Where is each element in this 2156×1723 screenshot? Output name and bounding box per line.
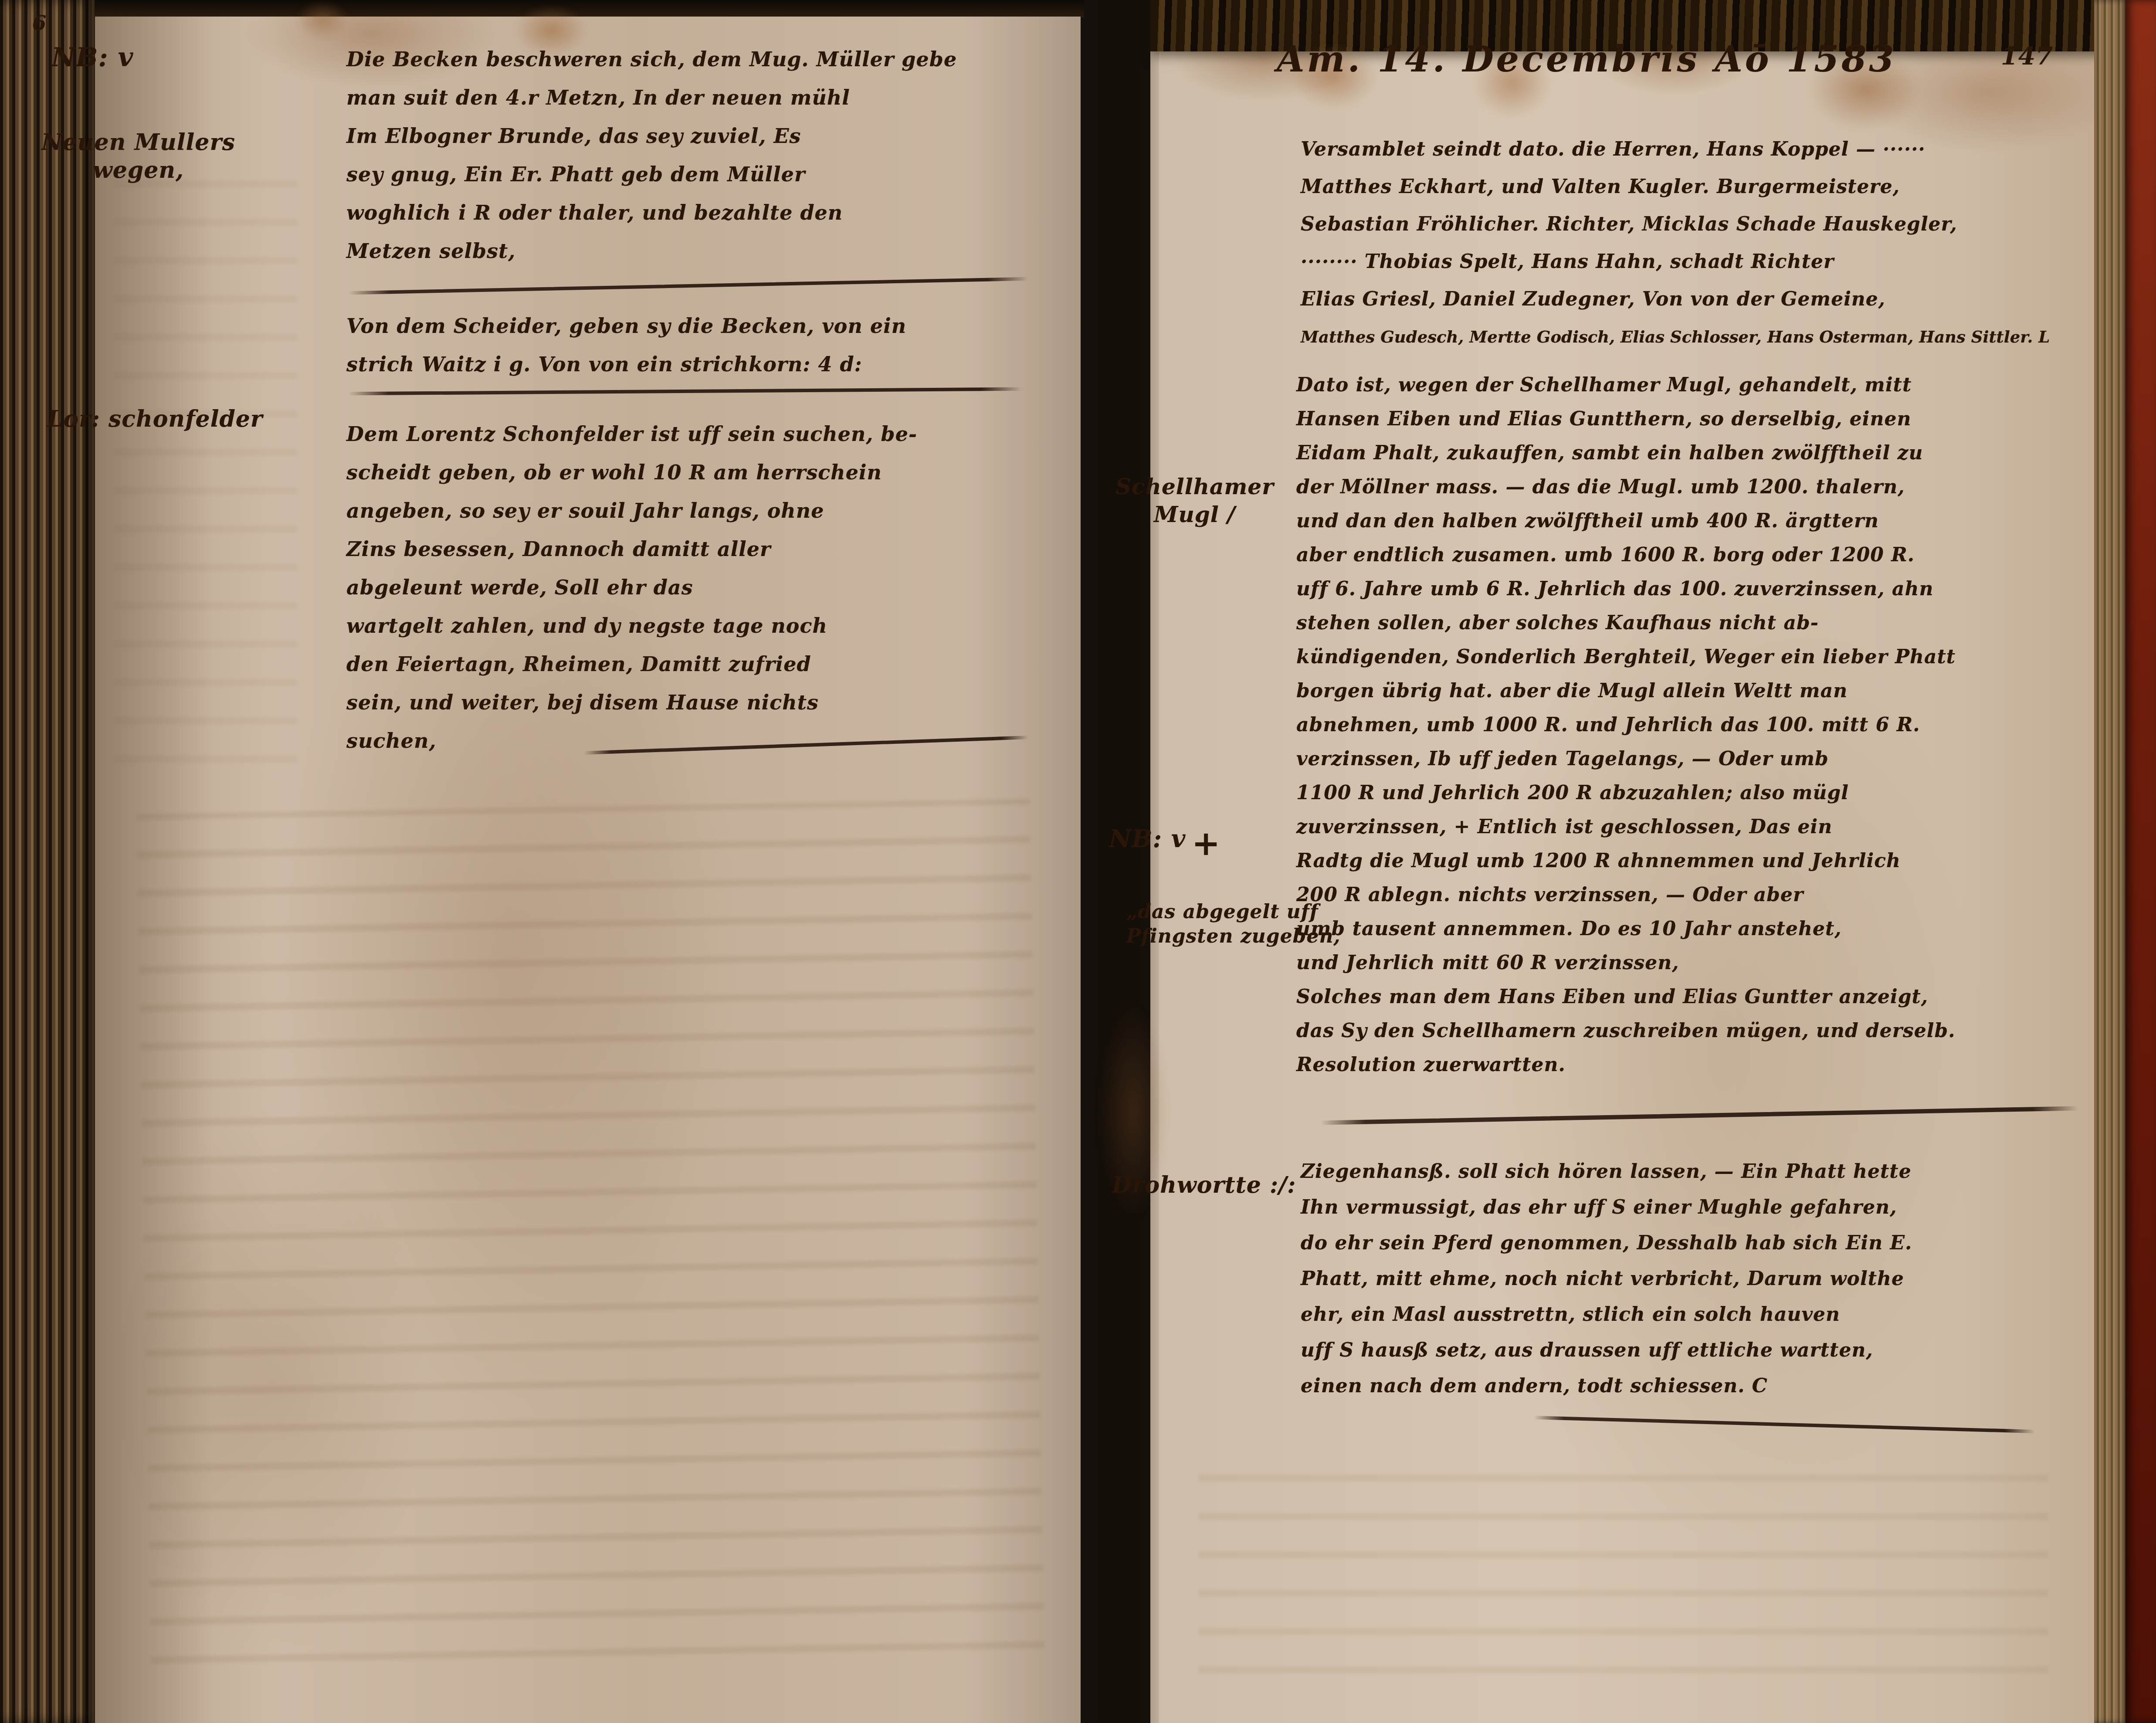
manuscript-line: stehen sollen, aber solches Kaufhaus nic…: [1296, 606, 1956, 640]
manuscript-line: wegen,: [41, 156, 235, 184]
manuscript-line: Sebastian Fröhlicher. Richter, Micklas S…: [1301, 206, 2050, 243]
manuscript-line: strich Waitz i g. Von von ein strichkorn…: [346, 345, 906, 383]
manuscript-line: abnehmen, umb 1000 R. und Jehrlich das 1…: [1296, 708, 1956, 742]
manuscript-line: Eidam Phalt, zukauffen, sambt ein halben…: [1296, 436, 1956, 470]
margin-note-drohwortte: Drohwortte :/:: [1112, 1171, 1296, 1199]
manuscript-line: Pfingsten zugeben,: [1126, 924, 1341, 949]
manuscript-line: woghlich i R oder thaler, und bezahlte d…: [346, 193, 957, 232]
paragraph-assembly: Versamblet seindt dato. die Herren, Hans…: [1301, 131, 2050, 356]
header-date: Am. 14. Decembris Aō 1583: [1277, 38, 1896, 80]
manuscript-line: verzinssen, Ib uff jeden Tagelangs, — Od…: [1296, 742, 1956, 776]
bleedthrough-texture: [136, 798, 1044, 1663]
manuscript-line: 1100 R und Jehrlich 200 R abzuzahlen; al…: [1296, 776, 1956, 810]
paragraph-mill-sale: Dato ist, wegen der Schellhamer Mugl, ge…: [1296, 368, 1956, 1082]
manuscript-line: sey gnug, Ein Er. Phatt geb dem Müller: [346, 155, 957, 193]
manuscript-line: angeben, so sey er souil Jahr langs, ohn…: [346, 492, 917, 530]
margin-note-lor-schonfelder: Lor: schonfelder: [47, 405, 263, 433]
manuscript-photo: 6 NB: v Neuen Mullerswegen, Lor: schonfe…: [0, 0, 2156, 1723]
manuscript-line: abgeleunt werde, Soll ehr das: [346, 568, 917, 607]
margin-cross-mark: +: [1192, 824, 1220, 863]
manuscript-line: und Jehrlich mitt 60 R verzinssen,: [1296, 946, 1956, 980]
margin-note-neuen-mullers: Neuen Mullerswegen,: [41, 129, 235, 184]
manuscript-line: sein, und weiter, bej disem Hause nichts: [346, 683, 917, 722]
manuscript-line: Von dem Scheider, geben sy die Becken, v…: [346, 307, 906, 345]
manuscript-line: Versamblet seindt dato. die Herren, Hans…: [1301, 131, 2050, 168]
book-fore-edge-pages: [2094, 0, 2127, 1723]
book-top-edge-left: [95, 0, 1084, 17]
margin-note-nb-right: NB: v: [1109, 825, 1186, 853]
manuscript-line: der Möllner mass. — das die Mugl. umb 12…: [1296, 470, 1956, 504]
manuscript-line: uff S hausß setz, aus draussen uff ettli…: [1301, 1333, 1912, 1368]
manuscript-line: Dem Lorentz Schonfelder ist uff sein suc…: [346, 415, 917, 453]
manuscript-line: ehr, ein Masl ausstrettn, stlich ein sol…: [1301, 1297, 1912, 1333]
manuscript-line: borgen übrig hat. aber die Mugl allein W…: [1296, 674, 1956, 708]
corner-mark: 6: [32, 11, 47, 35]
manuscript-line: Neuen Mullers: [41, 129, 235, 156]
manuscript-line: zuverzinssen, + Entlich ist geschlossen,…: [1296, 810, 1956, 844]
manuscript-line: Die Becken beschweren sich, dem Mug. Mül…: [346, 40, 957, 78]
paragraph-schonfelder: Dem Lorentz Schonfelder ist uff sein suc…: [346, 415, 917, 760]
manuscript-line: und dan den halben zwölfftheil umb 400 R…: [1296, 504, 1956, 538]
manuscript-line: Mugl /: [1115, 501, 1274, 529]
manuscript-line: Resolution zuerwartten.: [1296, 1048, 1956, 1082]
manuscript-line: Metzen selbst,: [346, 232, 957, 270]
manuscript-line: umb tausent annemmen. Do es 10 Jahr anst…: [1296, 912, 1956, 946]
manuscript-line: den Feiertagn, Rheimen, Damitt zufried: [346, 645, 917, 683]
margin-note-pfingsten: „das abgegelt uffPfingsten zugeben,: [1126, 900, 1341, 949]
manuscript-line: Ihn vermussigt, das ehr uff S einer Mugh…: [1301, 1190, 1912, 1225]
manuscript-line: Dato ist, wegen der Schellhamer Mugl, ge…: [1296, 368, 1956, 402]
bleedthrough-texture: [113, 153, 296, 763]
manuscript-line: Ziegenhansß. soll sich hören lassen, — E…: [1301, 1154, 1912, 1190]
manuscript-line: ········ Thobias Spelt, Hans Hahn, schad…: [1301, 243, 2050, 281]
manuscript-line: Radtg die Mugl umb 1200 R ahnnemmen und …: [1296, 844, 1956, 878]
manuscript-line: suchen,: [346, 722, 917, 760]
manuscript-line: Im Elbogner Brunde, das sey zuviel, Es: [346, 117, 957, 155]
manuscript-line: das Sy den Schellhamern zuschreiben müge…: [1296, 1014, 1956, 1048]
paragraph-threats: Ziegenhansß. soll sich hören lassen, — E…: [1301, 1154, 1912, 1404]
folio-number: 147: [2001, 42, 2053, 71]
manuscript-line: do ehr sein Pferd genommen, Desshalb hab…: [1301, 1225, 1912, 1261]
manuscript-line: Phatt, mitt ehme, noch nicht verbricht, …: [1301, 1261, 1912, 1297]
manuscript-line: Elias Griesl, Daniel Zudegner, Von von d…: [1301, 281, 2050, 318]
manuscript-line: Solches man dem Hans Eiben und Elias Gun…: [1296, 980, 1956, 1014]
margin-note-nb-left: NB: v: [51, 44, 133, 71]
manuscript-line: Hansen Eiben und Elias Guntthern, so der…: [1296, 402, 1956, 436]
manuscript-line: wartgelt zahlen, und dy negste tage noch: [346, 607, 917, 645]
manuscript-line: Zins besessen, Dannoch damitt aller: [346, 530, 917, 568]
book-red-cover-edge: [2125, 0, 2156, 1723]
paragraph-scheider: Von dem Scheider, geben sy die Becken, v…: [346, 307, 906, 383]
manuscript-line: einen nach dem andern, todt schiessen. C: [1301, 1368, 1912, 1404]
book-gutter-shadow: [1081, 0, 1159, 1723]
stain: [296, 0, 349, 39]
book-spine-page-stack: [0, 0, 95, 1723]
manuscript-line: Matthes Gudesch, Mertte Godisch, Elias S…: [1301, 318, 2050, 356]
manuscript-line: kündigenden, Sonderlich Berghteil, Weger…: [1296, 640, 1956, 674]
manuscript-line: man suit den 4.r Metzn, In der neuen müh…: [346, 78, 957, 117]
manuscript-line: „das abgegelt uff: [1126, 900, 1341, 924]
manuscript-line: aber endtlich zusamen. umb 1600 R. borg …: [1296, 538, 1956, 572]
manuscript-line: uff 6. Jahre umb 6 R. Jehrlich das 100. …: [1296, 572, 1956, 606]
manuscript-line: scheidt geben, ob er wohl 10 R am herrsc…: [346, 453, 917, 492]
manuscript-line: 200 R ablegn. nichts verzinssen, — Oder …: [1296, 878, 1956, 912]
paragraph-millers-complaint: Die Becken beschweren sich, dem Mug. Mül…: [346, 40, 957, 270]
margin-note-schellhamer-mill: SchellhamerMugl /: [1115, 473, 1274, 529]
bleedthrough-texture: [1198, 1447, 2048, 1673]
manuscript-line: Schellhamer: [1115, 473, 1274, 501]
manuscript-line: Matthes Eckhart, und Valten Kugler. Burg…: [1301, 168, 2050, 206]
